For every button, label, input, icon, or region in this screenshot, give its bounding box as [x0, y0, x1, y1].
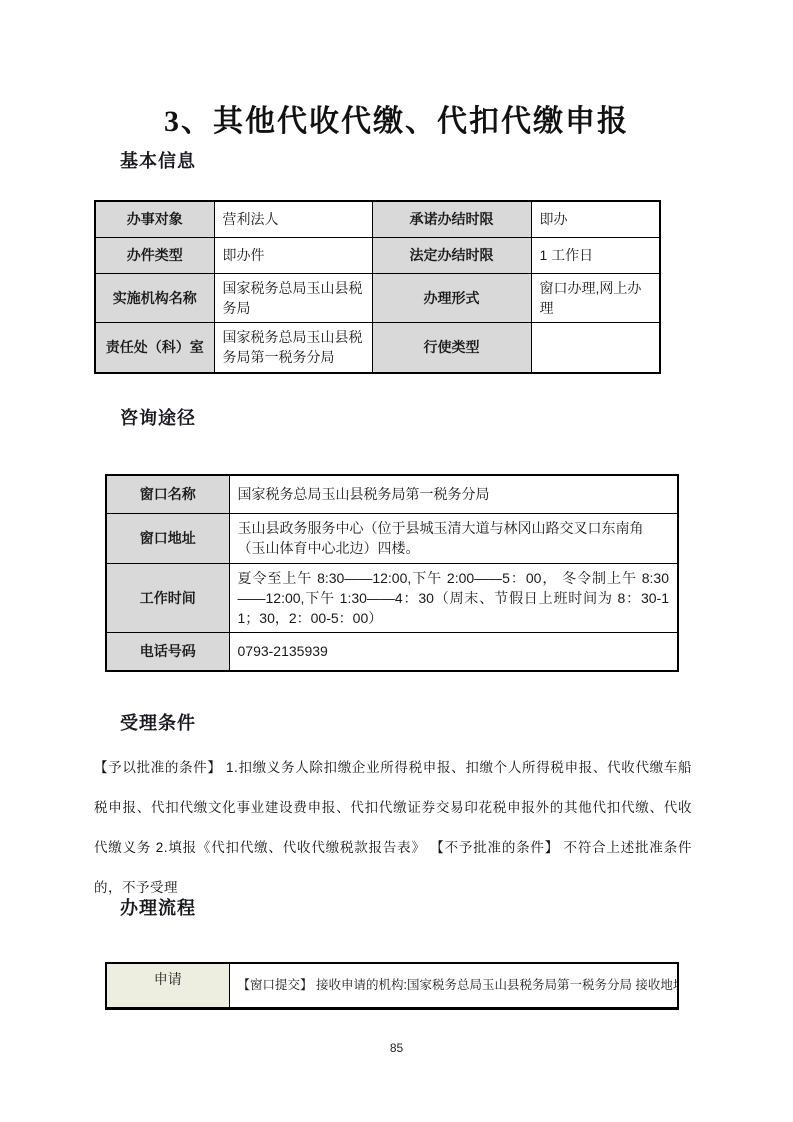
consult-label: 窗口名称	[106, 475, 229, 513]
basic-info-value: 1 工作日	[531, 237, 660, 273]
basic-info-label: 责任处（科）室	[95, 323, 214, 373]
table-row: 办事对象 营利法人 承诺办结时限 即办	[95, 201, 660, 237]
page-number: 85	[0, 1041, 793, 1055]
table-row: 办件类型 即办件 法定办结时限 1 工作日	[95, 237, 660, 273]
basic-info-label: 承诺办结时限	[372, 201, 531, 237]
basic-info-label: 法定办结时限	[372, 237, 531, 273]
table-row: 窗口地址 玉山县政务服务中心（位于县城玉清大道与林冈山路交叉口东南角（玉山体育中…	[106, 513, 678, 563]
section-heading-basic-info: 基本信息	[120, 147, 196, 173]
basic-info-value: 营利法人	[214, 201, 372, 237]
table-row: 实施机构名称 国家税务总局玉山县税务局 办理形式 窗口办理,网上办理	[95, 273, 660, 323]
consult-value: 0793-2135939	[229, 633, 678, 671]
document-page: 3、其他代收代缴、代扣代缴申报 基本信息 办事对象 营利法人 承诺办结时限 即办…	[0, 0, 793, 1122]
page-title: 3、其他代收代缴、代扣代缴申报	[0, 96, 793, 140]
basic-info-value: 即办	[531, 201, 660, 237]
table-row: 电话号码 0793-2135939	[106, 633, 678, 671]
basic-info-label: 办事对象	[95, 201, 214, 237]
consult-label: 窗口地址	[106, 513, 229, 563]
basic-info-label: 实施机构名称	[95, 273, 214, 323]
table-row: 工作时间 夏令至上午 8:30——12:00,下午 2:00——5：00， 冬令…	[106, 563, 678, 633]
basic-info-value: 窗口办理,网上办理	[531, 273, 660, 323]
section-heading-consult: 咨询途径	[120, 404, 196, 430]
process-step-label: 申请	[106, 963, 229, 1008]
basic-info-label: 办件类型	[95, 237, 214, 273]
process-flow-table: 申请 【窗口提交】 接收申请的机构:国家税务总局玉山县税务局第一税务分局 接收地…	[105, 962, 679, 1010]
acceptance-conditions-text: 【予以批准的条件】 1.扣缴义务人除扣缴企业所得税申报、扣缴个人所得税申报、代收…	[94, 748, 692, 908]
basic-info-table: 办事对象 营利法人 承诺办结时限 即办 办件类型 即办件 法定办结时限 1 工作…	[94, 200, 661, 374]
consult-value: 夏令至上午 8:30——12:00,下午 2:00——5：00， 冬令制上午 8…	[229, 563, 678, 633]
consult-label: 工作时间	[106, 563, 229, 633]
basic-info-value	[531, 323, 660, 373]
section-heading-process: 办理流程	[120, 894, 196, 920]
section-heading-acceptance: 受理条件	[120, 709, 196, 735]
basic-info-label: 行使类型	[372, 323, 531, 373]
table-row: 责任处（科）室 国家税务总局玉山县税务局第一税务分局 行使类型	[95, 323, 660, 373]
basic-info-value: 即办件	[214, 237, 372, 273]
basic-info-value: 国家税务总局玉山县税务局	[214, 273, 372, 323]
consult-value: 玉山县政务服务中心（位于县城玉清大道与林冈山路交叉口东南角（玉山体育中心北边）四…	[229, 513, 678, 563]
basic-info-label: 办理形式	[372, 273, 531, 323]
basic-info-value: 国家税务总局玉山县税务局第一税务分局	[214, 323, 372, 373]
consult-label: 电话号码	[106, 633, 229, 671]
table-row: 申请 【窗口提交】 接收申请的机构:国家税务总局玉山县税务局第一税务分局 接收地…	[106, 963, 678, 1008]
consult-table: 窗口名称 国家税务总局玉山县税务局第一税务分局 窗口地址 玉山县政务服务中心（位…	[105, 474, 679, 672]
process-step-value: 【窗口提交】 接收申请的机构:国家税务总局玉山县税务局第一税务分局 接收地址	[229, 963, 678, 1008]
table-row: 窗口名称 国家税务总局玉山县税务局第一税务分局	[106, 475, 678, 513]
consult-value: 国家税务总局玉山县税务局第一税务分局	[229, 475, 678, 513]
